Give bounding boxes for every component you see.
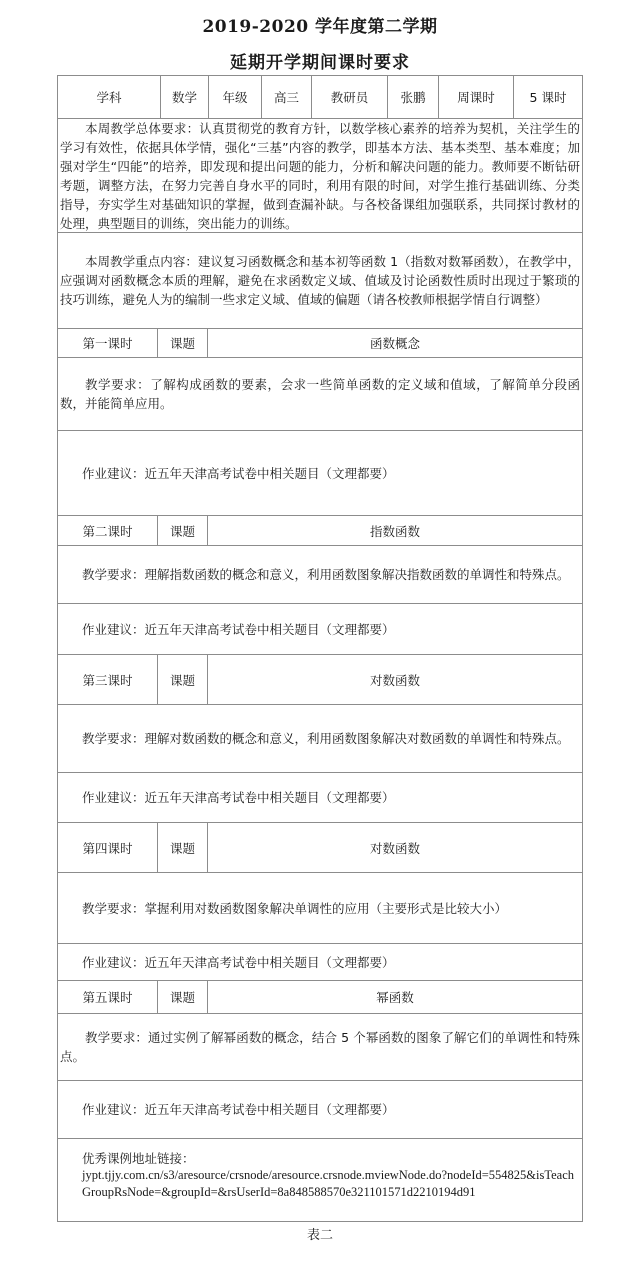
overall-requirement-cell: 本周教学总体要求：认真贯彻党的教育方针，以数学核心素养的培养为契机，关注学生的学…: [57, 118, 583, 233]
researcher-value: 张鹏: [387, 75, 439, 119]
lesson-period: 第二课时: [57, 515, 158, 546]
lesson-topic: 对数函数: [207, 654, 583, 705]
lesson-requirement-cell: 教学要求：理解对数函数的概念和意义，利用函数图象解决对数函数的单调性和特殊点。: [57, 704, 583, 773]
grade-value: 高三: [261, 75, 312, 119]
resource-link-url[interactable]: jypt.tjjy.com.cn/s3/aresource/crsnode/ar…: [82, 1167, 576, 1201]
subject-label: 学科: [57, 75, 161, 119]
lesson-topic: 幂函数: [207, 980, 583, 1014]
lesson-homework: 作业建议：近五年天津高考试卷中相关题目（文理都要）: [58, 620, 582, 639]
lesson-topic-label: 课题: [157, 822, 208, 873]
lesson-topic: 对数函数: [207, 822, 583, 873]
lesson-topic: 函数概念: [207, 328, 583, 358]
resource-link-label: 优秀课例地址链接：: [82, 1149, 195, 1167]
document-subtitle: 延期开学期间课时要求: [0, 48, 640, 73]
table-caption: 表二: [0, 1224, 640, 1243]
resource-link-cell: 优秀课例地址链接： jypt.tjjy.com.cn/s3/aresource/…: [57, 1138, 583, 1222]
lesson-requirement: 教学要求：通过实例了解幂函数的概念，结合 5 个幂函数的图象了解它们的单调性和特…: [58, 1028, 582, 1066]
lesson-homework: 作业建议：近五年天津高考试卷中相关题目（文理都要）: [58, 788, 582, 807]
lesson-homework-cell: 作业建议：近五年天津高考试卷中相关题目（文理都要）: [57, 943, 583, 981]
lesson-period: 第三课时: [57, 654, 158, 705]
lesson-topic-label: 课题: [157, 980, 208, 1014]
lesson-period: 第五课时: [57, 980, 158, 1014]
weekly-hours-label: 周课时: [438, 75, 514, 119]
lesson-period: 第四课时: [57, 822, 158, 873]
lesson-homework-cell: 作业建议：近五年天津高考试卷中相关题目（文理都要）: [57, 772, 583, 823]
lesson-requirement-cell: 教学要求：了解构成函数的要素，会求一些简单函数的定义域和值域，了解简单分段函数，…: [57, 357, 583, 431]
key-content-cell: 本周教学重点内容：建议复习函数概念和基本初等函数 1（指数对数幂函数），在教学中…: [57, 232, 583, 329]
grade-label: 年级: [208, 75, 262, 119]
lesson-homework-cell: 作业建议：近五年天津高考试卷中相关题目（文理都要）: [57, 430, 583, 516]
researcher-label: 教研员: [311, 75, 388, 119]
subject-value: 数学: [160, 75, 209, 119]
lesson-topic-label: 课题: [157, 328, 208, 358]
key-content-text: 本周教学重点内容：建议复习函数概念和基本初等函数 1（指数对数幂函数），在教学中…: [58, 252, 582, 309]
document-title: 2019-2020 学年度第二学期: [0, 12, 640, 37]
lesson-requirement-cell: 教学要求：通过实例了解幂函数的概念，结合 5 个幂函数的图象了解它们的单调性和特…: [57, 1013, 583, 1081]
overall-requirement-text: 本周教学总体要求：认真贯彻党的教育方针，以数学核心素养的培养为契机，关注学生的学…: [58, 119, 582, 233]
lesson-homework: 作业建议：近五年天津高考试卷中相关题目（文理都要）: [58, 953, 582, 972]
lesson-requirement: 教学要求：理解对数函数的概念和意义，利用函数图象解决对数函数的单调性和特殊点。: [58, 729, 582, 748]
lesson-topic: 指数函数: [207, 515, 583, 546]
lesson-homework: 作业建议：近五年天津高考试卷中相关题目（文理都要）: [58, 1100, 582, 1119]
lesson-homework-cell: 作业建议：近五年天津高考试卷中相关题目（文理都要）: [57, 1080, 583, 1139]
lesson-homework: 作业建议：近五年天津高考试卷中相关题目（文理都要）: [58, 464, 582, 483]
lesson-topic-label: 课题: [157, 654, 208, 705]
lesson-topic-label: 课题: [157, 515, 208, 546]
lesson-requirement: 教学要求：了解构成函数的要素，会求一些简单函数的定义域和值域，了解简单分段函数，…: [58, 375, 582, 413]
lesson-period: 第一课时: [57, 328, 158, 358]
lesson-homework-cell: 作业建议：近五年天津高考试卷中相关题目（文理都要）: [57, 603, 583, 655]
lesson-requirement: 教学要求：理解指数函数的概念和意义，利用函数图象解决指数函数的单调性和特殊点。: [58, 565, 582, 584]
lesson-requirement: 教学要求：掌握利用对数函数图象解决单调性的应用（主要形式是比较大小）: [58, 899, 582, 918]
lesson-requirement-cell: 教学要求：理解指数函数的概念和意义，利用函数图象解决指数函数的单调性和特殊点。: [57, 545, 583, 604]
lesson-requirement-cell: 教学要求：掌握利用对数函数图象解决单调性的应用（主要形式是比较大小）: [57, 872, 583, 944]
weekly-hours-value: 5 课时: [513, 75, 583, 119]
